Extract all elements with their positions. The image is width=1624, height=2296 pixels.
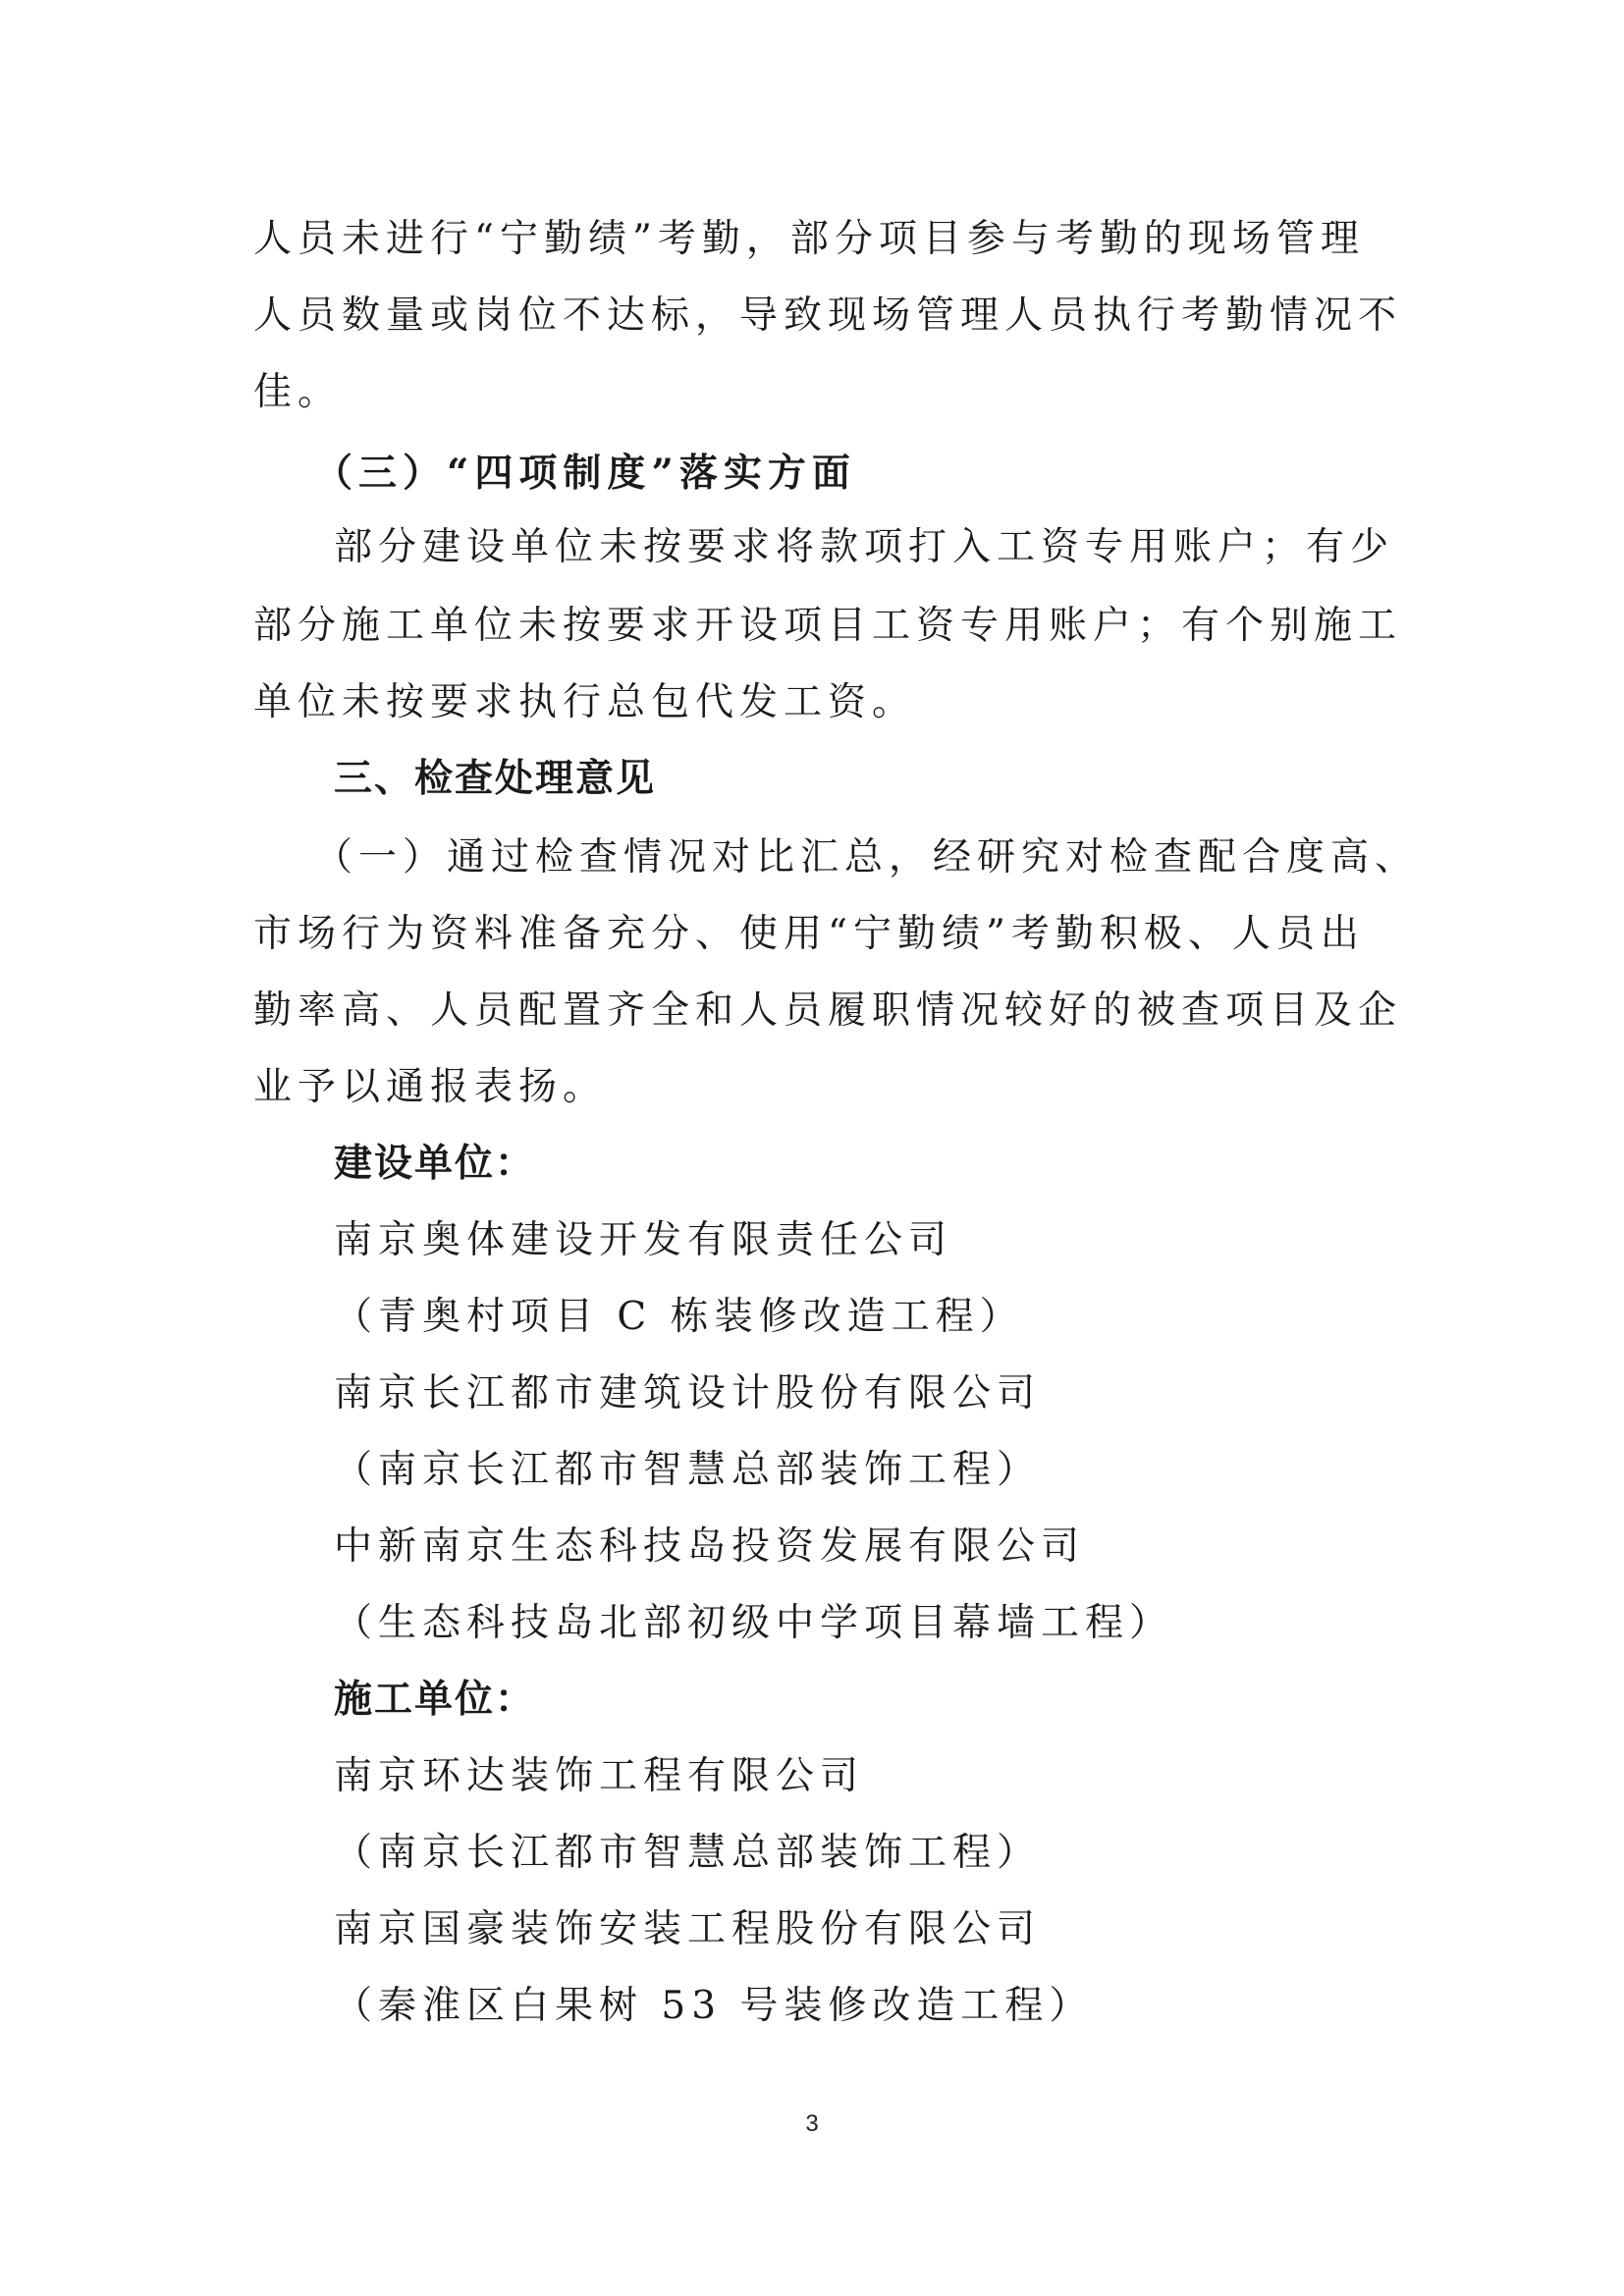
project-name: （南京长江都市智慧总部装饰工程） <box>334 1445 1492 1496</box>
company-name: 中新南京生态科技岛投资发展有限公司 <box>334 1522 1492 1573</box>
company-name: 南京长江都市建筑设计股份有限公司 <box>334 1368 1492 1419</box>
subsection-heading: （三）“四项制度”落实方面 <box>314 448 1473 499</box>
company-name: 南京奥体建设开发有限责任公司 <box>334 1215 1492 1266</box>
construction-units-label: 建设单位： <box>334 1139 1492 1190</box>
company-name: 南京环达装饰工程有限公司 <box>334 1751 1492 1802</box>
document-page: 人员未进行“宁勤绩”考勤，部分项目参与考勤的现场管理 人员数量或岗位不达标，导致… <box>0 0 1624 2296</box>
paragraph-line: 勤率高、人员配置齐全和人员履职情况较好的被查项目及企 <box>253 986 1412 1037</box>
paragraph-line: 业予以通报表扬。 <box>253 1062 1412 1113</box>
project-name: （生态科技岛北部初级中学项目幕墙工程） <box>334 1598 1492 1649</box>
company-name: 南京国豪装饰安装工程股份有限公司 <box>334 1904 1492 1955</box>
project-name: （青奥村项目 C 栋装修改造工程） <box>334 1292 1492 1343</box>
paragraph-line: 单位未按要求执行总包代发工资。 <box>253 677 1412 728</box>
contractor-units-label: 施工单位： <box>334 1675 1492 1726</box>
paragraph-line: 人员数量或岗位不达标，导致现场管理人员执行考勤情况不 <box>253 291 1412 342</box>
paragraph-line: 佳。 <box>253 367 1412 418</box>
paragraph-line: 人员未进行“宁勤绩”考勤，部分项目参与考勤的现场管理 <box>253 214 1412 265</box>
paragraph-line: （一）通过检查情况对比汇总，经研究对检查配合度高、 <box>314 832 1473 883</box>
paragraph-line: 部分建设单位未按要求将款项打入工资专用账户；有少 <box>334 522 1492 573</box>
project-name: （南京长江都市智慧总部装饰工程） <box>334 1828 1492 1879</box>
paragraph-line: 市场行为资料准备充分、使用“宁勤绩”考勤积极、人员出 <box>253 909 1412 960</box>
page-number: 3 <box>0 2110 1624 2138</box>
section-heading: 三、检查处理意见 <box>334 754 1492 805</box>
project-name: （秦淮区白果树 53 号装修改造工程） <box>334 1981 1492 2032</box>
paragraph-line: 部分施工单位未按要求开设项目工资专用账户；有个别施工 <box>253 601 1412 652</box>
